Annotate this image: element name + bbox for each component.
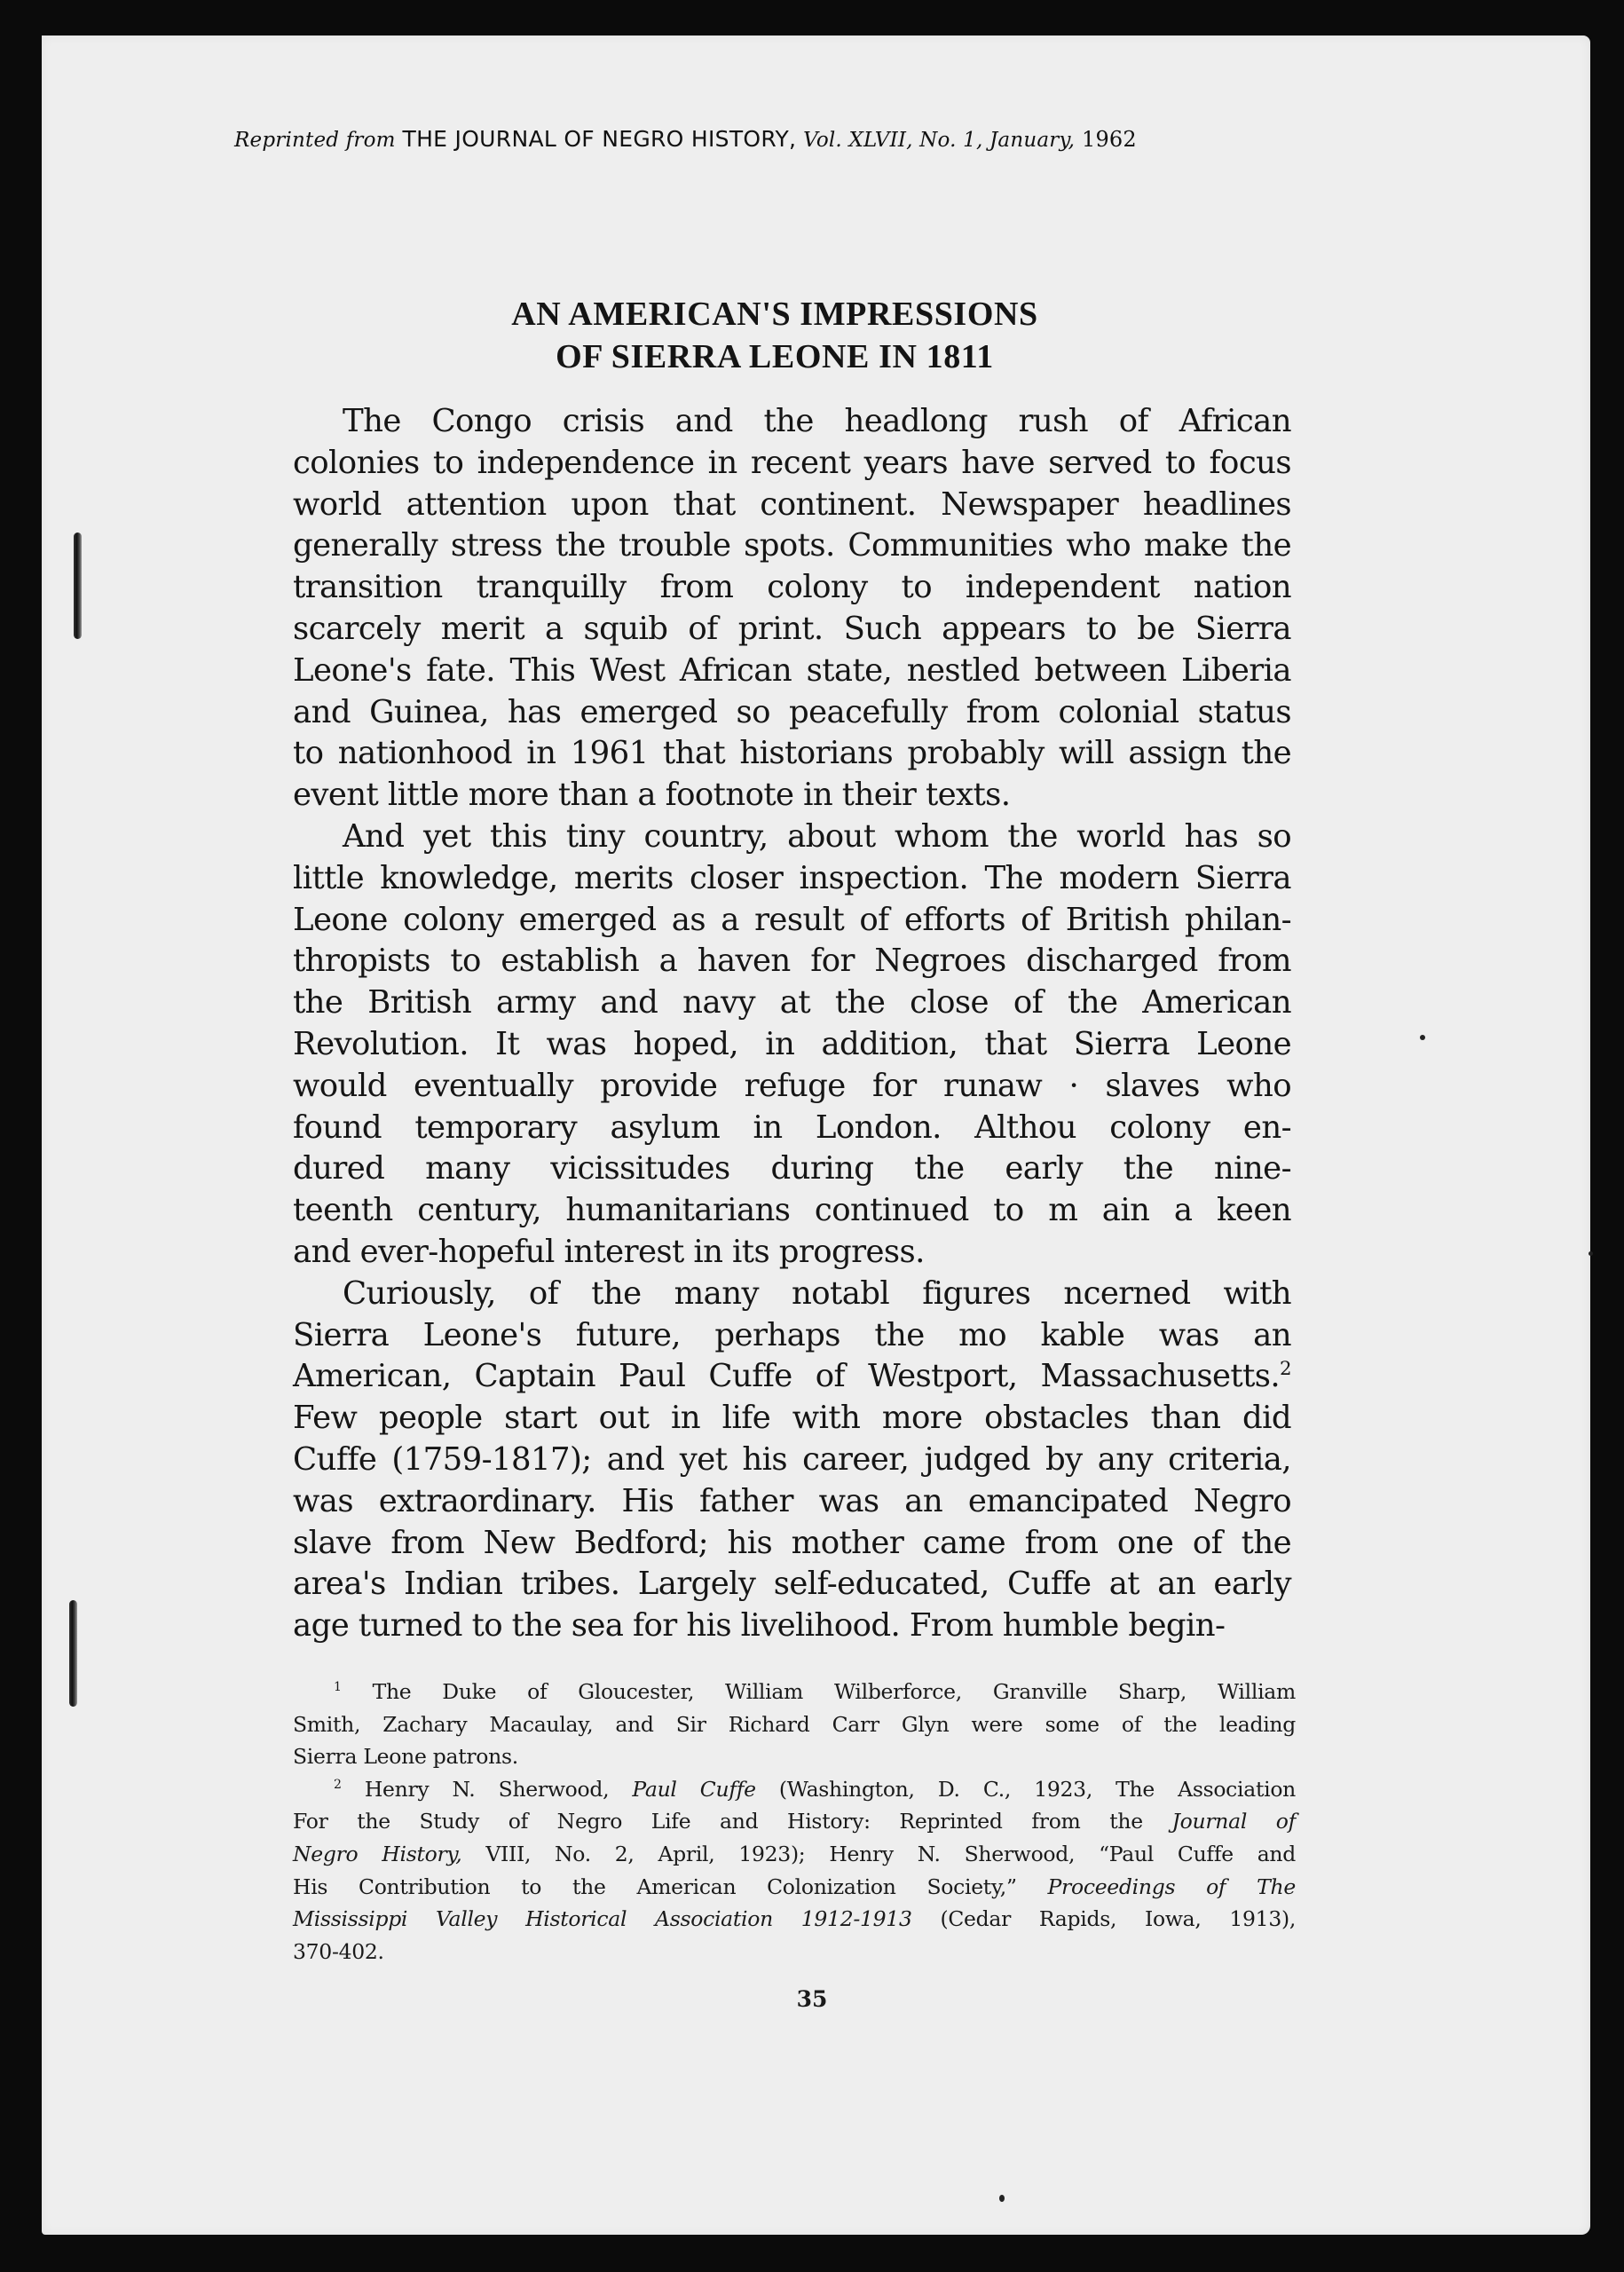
footnote-2: 2 Henry N. Sherwood, Paul Cuffe (Washing… (293, 1773, 1296, 1968)
text-line: And yet this tiny country, about whom th… (293, 816, 1291, 858)
text-line: world attention upon that continent. New… (293, 485, 1291, 526)
title-line-1: AN AMERICAN'S IMPRESSIONS (251, 293, 1298, 335)
journal-volume: Vol. XLVII, No. 1, January, (803, 129, 1075, 152)
text-line: little knowledge, merits closer inspecti… (293, 858, 1291, 900)
footnote-ref-2: 2 (1280, 1359, 1291, 1381)
article-title: AN AMERICAN'S IMPRESSIONS OF SIERRA LEON… (251, 293, 1298, 378)
paragraph: And yet this tiny country, about whom th… (293, 816, 1291, 1274)
title-line-2: OF SIERRA LEONE IN 1811 (251, 335, 1298, 378)
staple-top (74, 532, 82, 639)
dust-speck (1420, 1035, 1425, 1040)
text-line: area's Indian tribes. Largely self-educa… (293, 1564, 1291, 1605)
text-line: generally stress the trouble spots. Comm… (293, 525, 1291, 567)
footnote-2-number: 2 (334, 1778, 342, 1792)
text-line: scarcely merit a squib of print. Such ap… (293, 609, 1291, 651)
text-line: age turned to the sea for his livelihood… (293, 1605, 1291, 1647)
text-line: Leone's fate. This West African state, n… (293, 651, 1291, 692)
dust-speck (999, 2195, 1005, 2202)
text-line: Revolution. It was hoped, in addition, t… (293, 1024, 1291, 1066)
text-line: transition tranquilly from colony to ind… (293, 567, 1291, 609)
staple-bottom (69, 1600, 77, 1707)
footnotes: 1 The Duke of Gloucester, William Wilber… (293, 1676, 1296, 1968)
text-line: Leone colony emerged as a result of effo… (293, 900, 1291, 942)
text-line: the British army and navy at the close o… (293, 982, 1291, 1024)
text-line: Sierra Leone's future, perhaps the mo ka… (293, 1315, 1291, 1357)
text-line: The Congo crisis and the headlong rush o… (293, 401, 1291, 443)
journal-name: THE JOURNAL OF NEGRO HISTORY, (403, 126, 797, 152)
text-line: dured many vicissitudes during the early… (293, 1148, 1291, 1190)
text-line: colonies to independence in recent years… (293, 443, 1291, 485)
text-line: event little more than a footnote in the… (293, 775, 1291, 816)
text-line: American, Captain Paul Cuffe of Westport… (293, 1356, 1291, 1398)
text-line: and Guinea, has emerged so peacefully fr… (293, 692, 1291, 734)
reprint-header: Reprinted from THE JOURNAL OF NEGRO HIST… (234, 126, 1326, 152)
text-line: was extraordinary. His father was an ema… (293, 1481, 1291, 1523)
text-line: and ever-hopeful interest in its progres… (293, 1232, 1291, 1274)
dust-speck (1589, 1251, 1593, 1256)
text-line: thropists to establish a haven for Negro… (293, 941, 1291, 982)
footnote-1: 1 The Duke of Gloucester, William Wilber… (293, 1676, 1296, 1773)
footnote-1-number: 1 (334, 1680, 342, 1694)
text-line: Curiously, of the many notabl figures nc… (293, 1274, 1291, 1315)
paragraph: Curiously, of the many notabl figures nc… (293, 1274, 1291, 1647)
reprint-prefix: Reprinted from (234, 129, 396, 152)
text-line: found temporary asylum in London. Althou… (293, 1108, 1291, 1149)
text-line: Cuffe (1759-1817); and yet his career, j… (293, 1440, 1291, 1481)
text-line: teenth century, humanitarians continued … (293, 1190, 1291, 1232)
article-body: The Congo crisis and the headlong rush o… (293, 401, 1291, 1647)
page-number: 35 (0, 1986, 1624, 2012)
text-line: slave from New Bedford; his mother came … (293, 1523, 1291, 1565)
text-line: would eventually provide refuge for runa… (293, 1066, 1291, 1108)
text-line: Few people start out in life with more o… (293, 1398, 1291, 1440)
journal-year: 1962 (1082, 127, 1137, 152)
paragraph: The Congo crisis and the headlong rush o… (293, 401, 1291, 816)
text-line: to nationhood in 1961 that historians pr… (293, 733, 1291, 775)
